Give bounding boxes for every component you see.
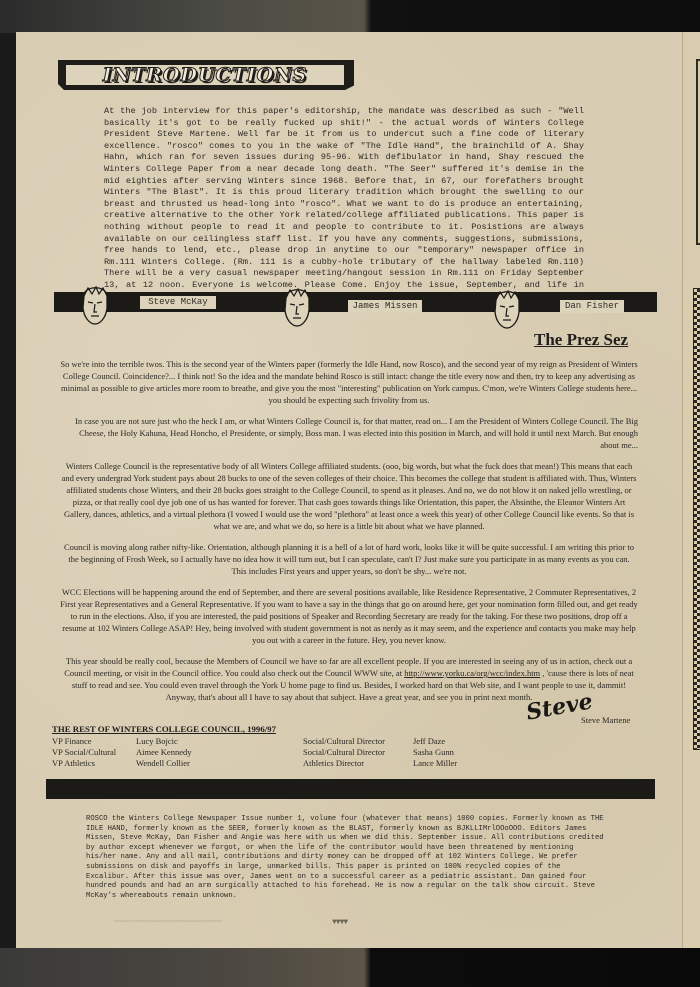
council-roles-left: VP Finance VP Social/Cultural VP Athleti…	[52, 736, 116, 769]
bleed-through-text: ~~~~~~~~~~~~~~~~~~~~~~~~~~~~~~	[114, 918, 222, 925]
prez-paragraph: In case you are not sure just who the he…	[60, 415, 638, 451]
council-roles-right: Social/Cultural Director Social/Cultural…	[303, 736, 385, 769]
intro-text: At the job interview for this paper's ed…	[104, 106, 584, 303]
prez-paragraph: Winters College Council is the represent…	[60, 460, 638, 532]
prez-paragraph: WCC Elections will be happening around t…	[60, 586, 638, 646]
council-names-right: Jeff Daze Sasha Gunn Lance Miller	[413, 736, 457, 769]
prez-paragraph: Council is moving along rather nifty-lik…	[60, 541, 638, 577]
council-role: Social/Cultural Director	[303, 747, 385, 758]
council-names-left: Lucy Bojcic Aimee Kennedy Wendell Collie…	[136, 736, 191, 769]
section-title: INTRODUCTIONS	[103, 64, 308, 86]
section-title-banner: INTRODUCTIONS	[58, 60, 354, 90]
editor-name-tag: Steve McKay	[140, 296, 216, 309]
council-member-name: Aimee Kennedy	[136, 747, 191, 758]
editor-name-tag: Dan Fisher	[560, 300, 624, 313]
masthead-text: ROSCO the Winters College Newspaper Issu…	[86, 815, 606, 901]
council-member-name: Lance Miller	[413, 758, 457, 769]
council-member-name: Sasha Gunn	[413, 747, 457, 758]
photo-background-top	[0, 0, 700, 33]
prez-paragraph: So we're into the terrible twos. This is…	[60, 358, 638, 406]
council-member-name: Wendell Collier	[136, 758, 191, 769]
face-sketch-icon	[78, 282, 112, 326]
council-title: THE REST OF WINTERS COLLEGE COUNCIL, 199…	[52, 724, 276, 734]
council-member-name: Jeff Daze	[413, 736, 457, 747]
council-member-name: Lucy Bojcic	[136, 736, 191, 747]
photo-background-bottom	[0, 948, 700, 987]
face-sketch-icon	[490, 286, 524, 330]
council-website-link[interactable]: http://www.yorku.ca/org/wcc/index.htm	[404, 668, 540, 678]
newspaper-page: INTRODUCTIONS At the job interview for t…	[16, 32, 700, 948]
signed-by: Steve Martene	[581, 715, 630, 725]
face-sketch-icon	[280, 284, 314, 328]
checkered-border	[693, 288, 700, 750]
council-role: VP Finance	[52, 736, 116, 747]
council-role: Social/Cultural Director	[303, 736, 385, 747]
footer-divider-bar	[46, 779, 655, 799]
prez-article: So we're into the terrible twos. This is…	[60, 358, 638, 712]
council-role: VP Social/Cultural	[52, 747, 116, 758]
council-role: VP Athletics	[52, 758, 116, 769]
adjacent-page-edge: Sc cc	[682, 32, 700, 948]
prez-title: The Prez Sez	[534, 330, 628, 350]
adjacent-page-box: Sc cc	[696, 59, 700, 245]
ornament-icon: ▼▼▼▼	[332, 918, 347, 927]
editor-name-tag: James Missen	[348, 300, 422, 313]
council-role: Athletics Director	[303, 758, 385, 769]
